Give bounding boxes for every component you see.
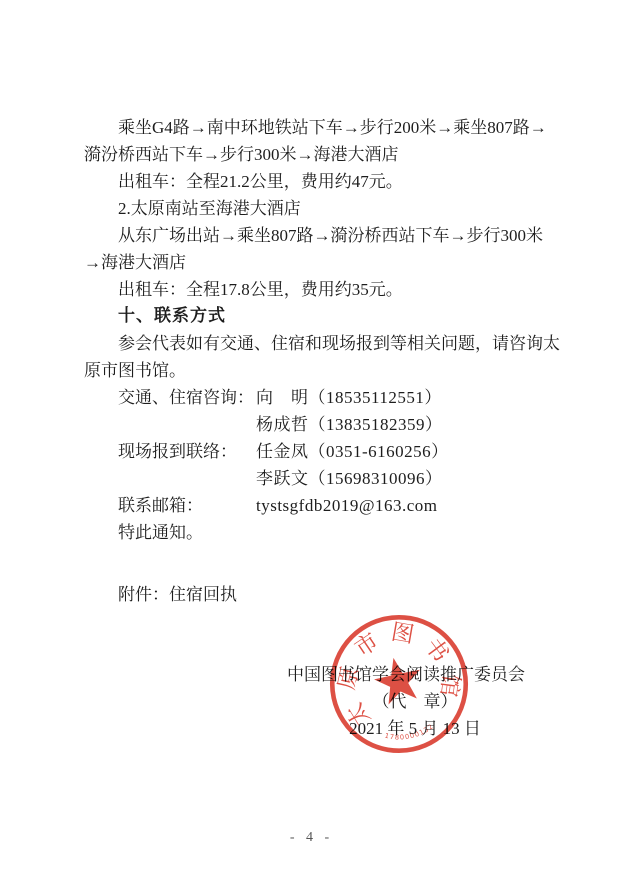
contact-row-transport-2: 杨成哲（13835182359） (84, 411, 584, 438)
signature-stamp-note: （代 章） (287, 688, 543, 715)
route1-taxi-info: 出租车：全程21.2公里，费用约47元。 (84, 168, 584, 195)
route2-directions-line2: →海港大酒店 (84, 249, 584, 276)
notice-page: 乘坐G4路→南中环地铁站下车→步行200米→乘坐807路→ 漪汾桥西站下车→步行… (0, 0, 623, 884)
document-body: 乘坐G4路→南中环地铁站下车→步行200米→乘坐807路→ 漪汾桥西站下车→步行… (84, 114, 584, 608)
contact-value: 向 明（18535112551） (256, 384, 442, 411)
contact-paragraph-line1: 参会代表如有交通、住宿和现场报到等相关问题，请咨询太 (84, 330, 584, 357)
contact-paragraph-line2: 原市图书馆。 (84, 357, 584, 384)
contact-label: 现场报到联络： (118, 438, 256, 465)
route2-directions-line1: 从东广场出站→乘坐807路→漪汾桥西站下车→步行300米 (84, 222, 584, 249)
contact-row-registration-2: 李跃文（15698310096） (84, 465, 584, 492)
route1-directions-line2: 漪汾桥西站下车→步行300米→海港大酒店 (84, 141, 584, 168)
contact-row-registration: 现场报到联络： 任金凤（0351-6160256） (84, 438, 584, 465)
contact-email-value: tystsgfdb2019@163.com (256, 492, 438, 519)
page-number: - 4 - (0, 830, 623, 846)
signature-block: 中国图书馆学会阅读推广委员会 （代 章） 2021 年 5 月 13 日 (287, 661, 543, 742)
signature-org-name: 中国图书馆学会阅读推广委员会 (287, 661, 543, 688)
contact-value: 杨成哲（13835182359） (256, 411, 443, 438)
contact-label: 交通、住宿咨询： (118, 384, 256, 411)
route1-directions-line1: 乘坐G4路→南中环地铁站下车→步行200米→乘坐807路→ (84, 114, 584, 141)
contact-row-email: 联系邮箱： tystsgfdb2019@163.com (84, 492, 584, 519)
contact-label (118, 411, 256, 438)
route2-heading: 2.太原南站至海港大酒店 (84, 195, 584, 222)
closing-line: 特此通知。 (84, 519, 584, 546)
contact-row-transport: 交通、住宿咨询： 向 明（18535112551） (84, 384, 584, 411)
signature-date: 2021 年 5 月 13 日 (287, 715, 543, 742)
contact-label: 联系邮箱： (118, 492, 256, 519)
route2-taxi-info: 出租车：全程17.8公里，费用约35元。 (84, 276, 584, 303)
blank-line (84, 546, 584, 573)
attachment-line: 附件：住宿回执 (84, 581, 584, 608)
contact-value: 李跃文（15698310096） (256, 465, 443, 492)
section-heading-contact: 十、联系方式 (84, 303, 584, 330)
contact-value: 任金凤（0351-6160256） (256, 438, 449, 465)
contact-label (118, 465, 256, 492)
